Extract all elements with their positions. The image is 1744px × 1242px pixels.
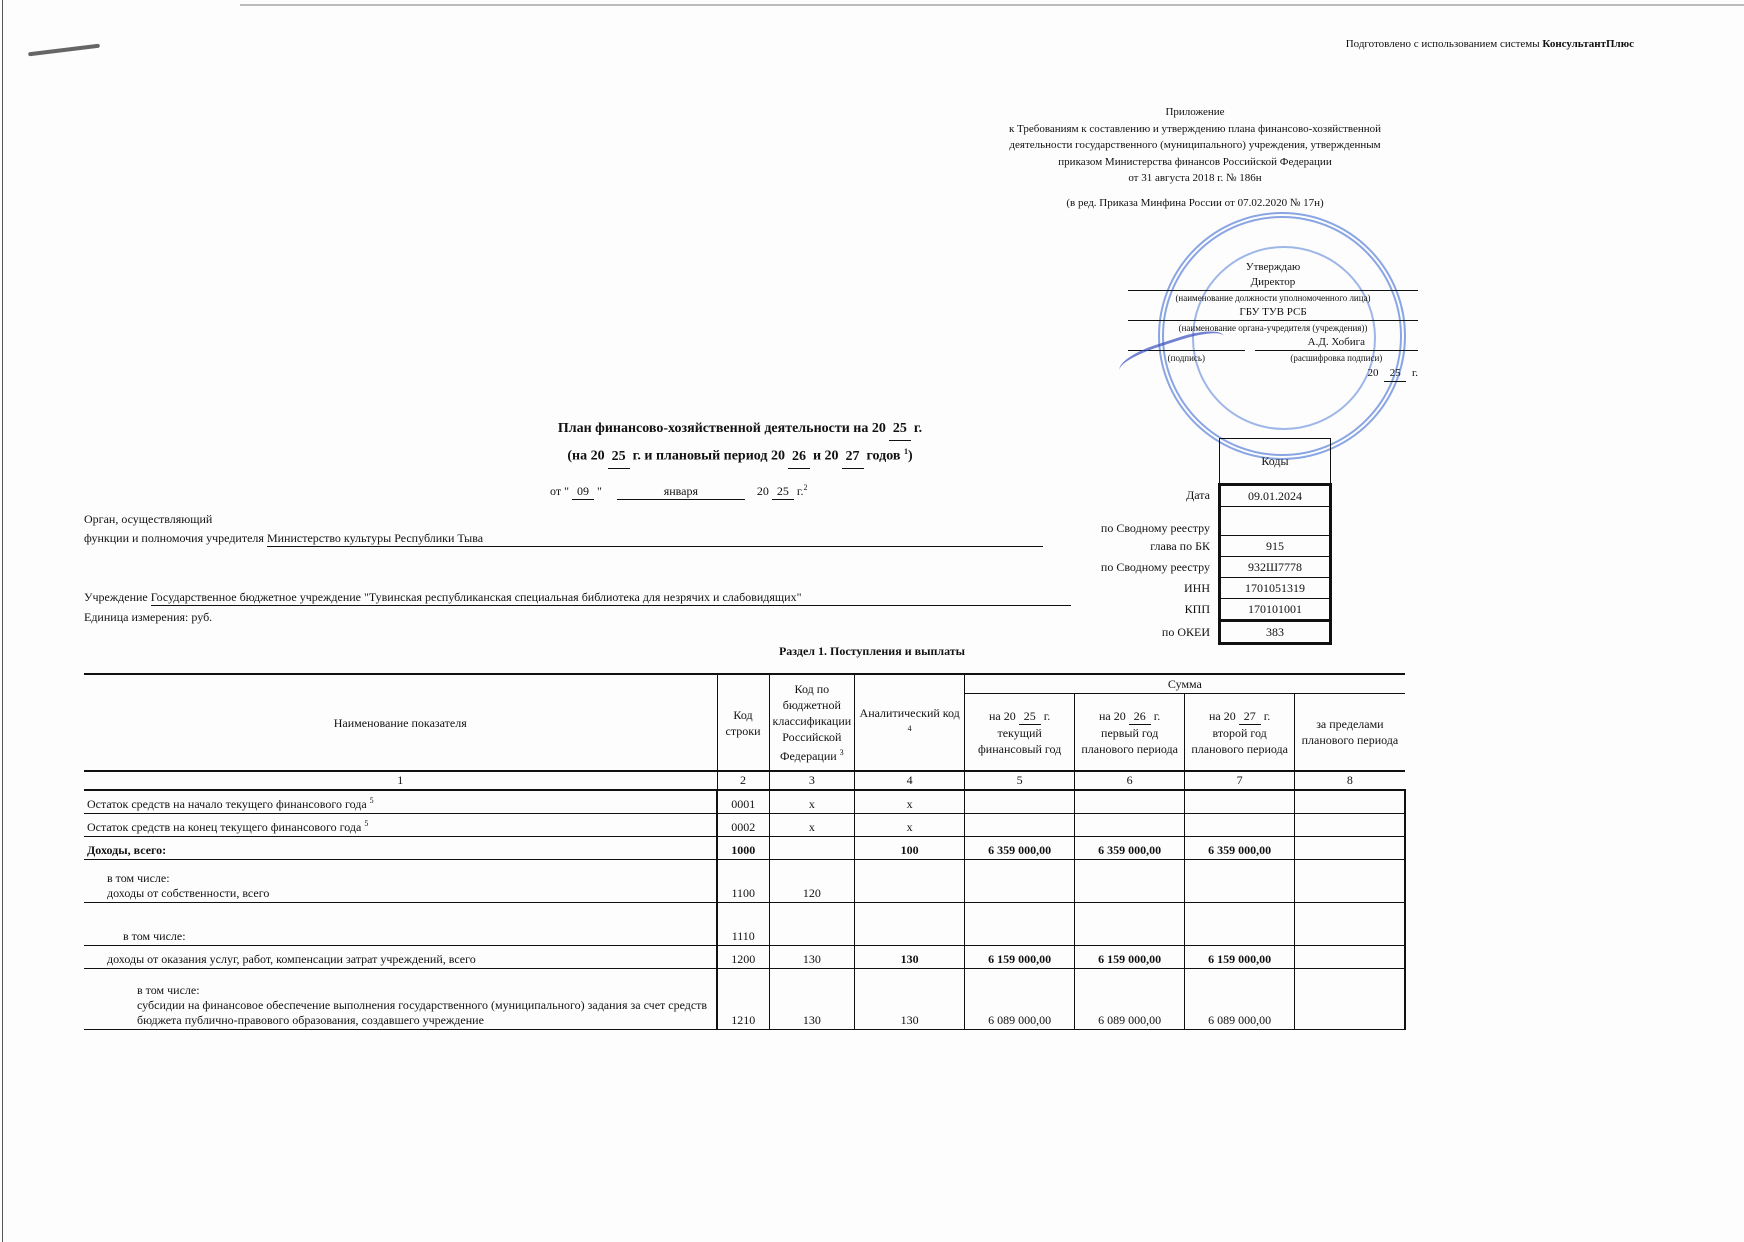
section-title: Раздел 1. Поступления и выплаты <box>0 644 1744 659</box>
row-sum-beyond <box>1295 790 1405 814</box>
row-sum-y2 <box>1075 903 1185 946</box>
founder-field: функции и полномочия учредителя Министер… <box>84 531 1080 547</box>
code-inn: 1701051319 <box>1220 578 1331 599</box>
row-bk-code <box>769 837 855 860</box>
receipts-payments-table: Наименование показателя Код строки Код п… <box>84 673 1406 1030</box>
row-analytic-code: 130 <box>855 946 965 969</box>
row-name: в том числе: <box>84 903 717 946</box>
row-name: в том числе:доходы от собственности, все… <box>84 860 717 903</box>
approver-organization: ГБУ ТУВ РСБ <box>1128 305 1418 321</box>
row-sum-beyond <box>1295 860 1405 903</box>
row-sum-y2 <box>1075 790 1185 814</box>
row-sum-y2 <box>1075 814 1185 837</box>
row-sum-y2: 6 089 000,00 <box>1075 969 1185 1030</box>
row-name: Остаток средств на начало текущего финан… <box>84 790 717 814</box>
plan-date: от "09" января 2025г.2 <box>550 483 807 500</box>
row-analytic-code <box>855 903 965 946</box>
row-sum-y3 <box>1185 790 1295 814</box>
row-code: 1210 <box>717 969 769 1030</box>
row-sum-y3: 6 359 000,00 <box>1185 837 1295 860</box>
page-title: План финансово-хозяйственной деятельност… <box>500 418 980 469</box>
approve-label: Утверждаю <box>1128 260 1418 275</box>
approver-position: Директор <box>1128 275 1418 291</box>
row-sum-y2: 6 359 000,00 <box>1075 837 1185 860</box>
row-bk-code: x <box>769 814 855 837</box>
founder-value: Министерство культуры Республики Тыва <box>267 531 1043 547</box>
table-row: в том числе:субсидии на финансовое обесп… <box>84 969 1405 1030</box>
row-sum-y1 <box>965 814 1075 837</box>
signer-name: А.Д. Хобига <box>1255 335 1418 351</box>
row-analytic-code <box>855 860 965 903</box>
scan-edge-top <box>240 4 1744 6</box>
pen-mark <box>28 44 100 57</box>
table-row: доходы от оказания услуг, работ, компенс… <box>84 946 1405 969</box>
table-row: в том числе:1110 <box>84 903 1405 946</box>
row-bk-code <box>769 903 855 946</box>
row-sum-beyond <box>1295 903 1405 946</box>
row-sum-beyond <box>1295 814 1405 837</box>
consultant-note: Подготовлено с использованием системы Ко… <box>1346 38 1634 50</box>
institution-value: Государственное бюджетное учреждение "Ту… <box>151 590 1071 606</box>
row-name: Доходы, всего: <box>84 837 717 860</box>
row-sum-y1: 6 159 000,00 <box>965 946 1075 969</box>
row-bk-code: x <box>769 790 855 814</box>
row-name: Остаток средств на конец текущего финанс… <box>84 814 717 837</box>
row-sum-y1: 6 089 000,00 <box>965 969 1075 1030</box>
row-sum-y2 <box>1075 860 1185 903</box>
row-name: в том числе:субсидии на финансовое обесп… <box>84 969 717 1030</box>
row-sum-y1 <box>965 903 1075 946</box>
scan-edge-left <box>2 0 3 1242</box>
code-kpp: 170101001 <box>1220 599 1331 621</box>
row-sum-y3: 6 089 000,00 <box>1185 969 1295 1030</box>
consultant-brand: КонсультантПлюс <box>1542 38 1634 50</box>
institution-field: Учреждение Государственное бюджетное учр… <box>84 590 1080 606</box>
row-name: доходы от оказания услуг, работ, компенс… <box>84 946 717 969</box>
row-bk-code: 130 <box>769 969 855 1030</box>
table-row: в том числе:доходы от собственности, все… <box>84 860 1405 903</box>
code-date: 09.01.2024 <box>1220 485 1331 507</box>
row-sum-beyond <box>1295 946 1405 969</box>
row-code: 0002 <box>717 814 769 837</box>
row-sum-y3 <box>1185 814 1295 837</box>
row-sum-y3 <box>1185 903 1295 946</box>
row-sum-y1: 6 359 000,00 <box>965 837 1075 860</box>
row-sum-y1 <box>965 860 1075 903</box>
row-code: 1110 <box>717 903 769 946</box>
code-bk-chapter: 915 <box>1220 536 1331 557</box>
row-analytic-code: 100 <box>855 837 965 860</box>
row-sum-beyond <box>1295 837 1405 860</box>
row-sum-y3: 6 159 000,00 <box>1185 946 1295 969</box>
row-code: 1000 <box>717 837 769 860</box>
code-registry-2: 932Ш7778 <box>1220 557 1331 578</box>
row-bk-code: 120 <box>769 860 855 903</box>
table-row: Остаток средств на конец текущего финанс… <box>84 814 1405 837</box>
row-code: 1200 <box>717 946 769 969</box>
row-sum-y1 <box>965 790 1075 814</box>
row-code: 0001 <box>717 790 769 814</box>
row-analytic-code: x <box>855 814 965 837</box>
row-sum-y3 <box>1185 860 1295 903</box>
code-okei: 383 <box>1220 621 1331 644</box>
table-row: Доходы, всего:10001006 359 000,006 359 0… <box>84 837 1405 860</box>
row-analytic-code: x <box>855 790 965 814</box>
unit-of-measure: Единица измерения: руб. <box>84 610 212 625</box>
appendix-block: Приложение к Требованиям к составлению и… <box>960 104 1430 211</box>
row-sum-y2: 6 159 000,00 <box>1075 946 1185 969</box>
codes-table: Коды Дата09.01.2024 по Сводному реестру … <box>1040 438 1332 645</box>
code-registry-1 <box>1220 507 1331 536</box>
table-row: Остаток средств на начало текущего финан… <box>84 790 1405 814</box>
row-bk-code: 130 <box>769 946 855 969</box>
row-sum-beyond <box>1295 969 1405 1030</box>
row-analytic-code: 130 <box>855 969 965 1030</box>
row-code: 1100 <box>717 860 769 903</box>
edition-note: (в ред. Приказа Минфина России от 07.02.… <box>960 195 1430 212</box>
